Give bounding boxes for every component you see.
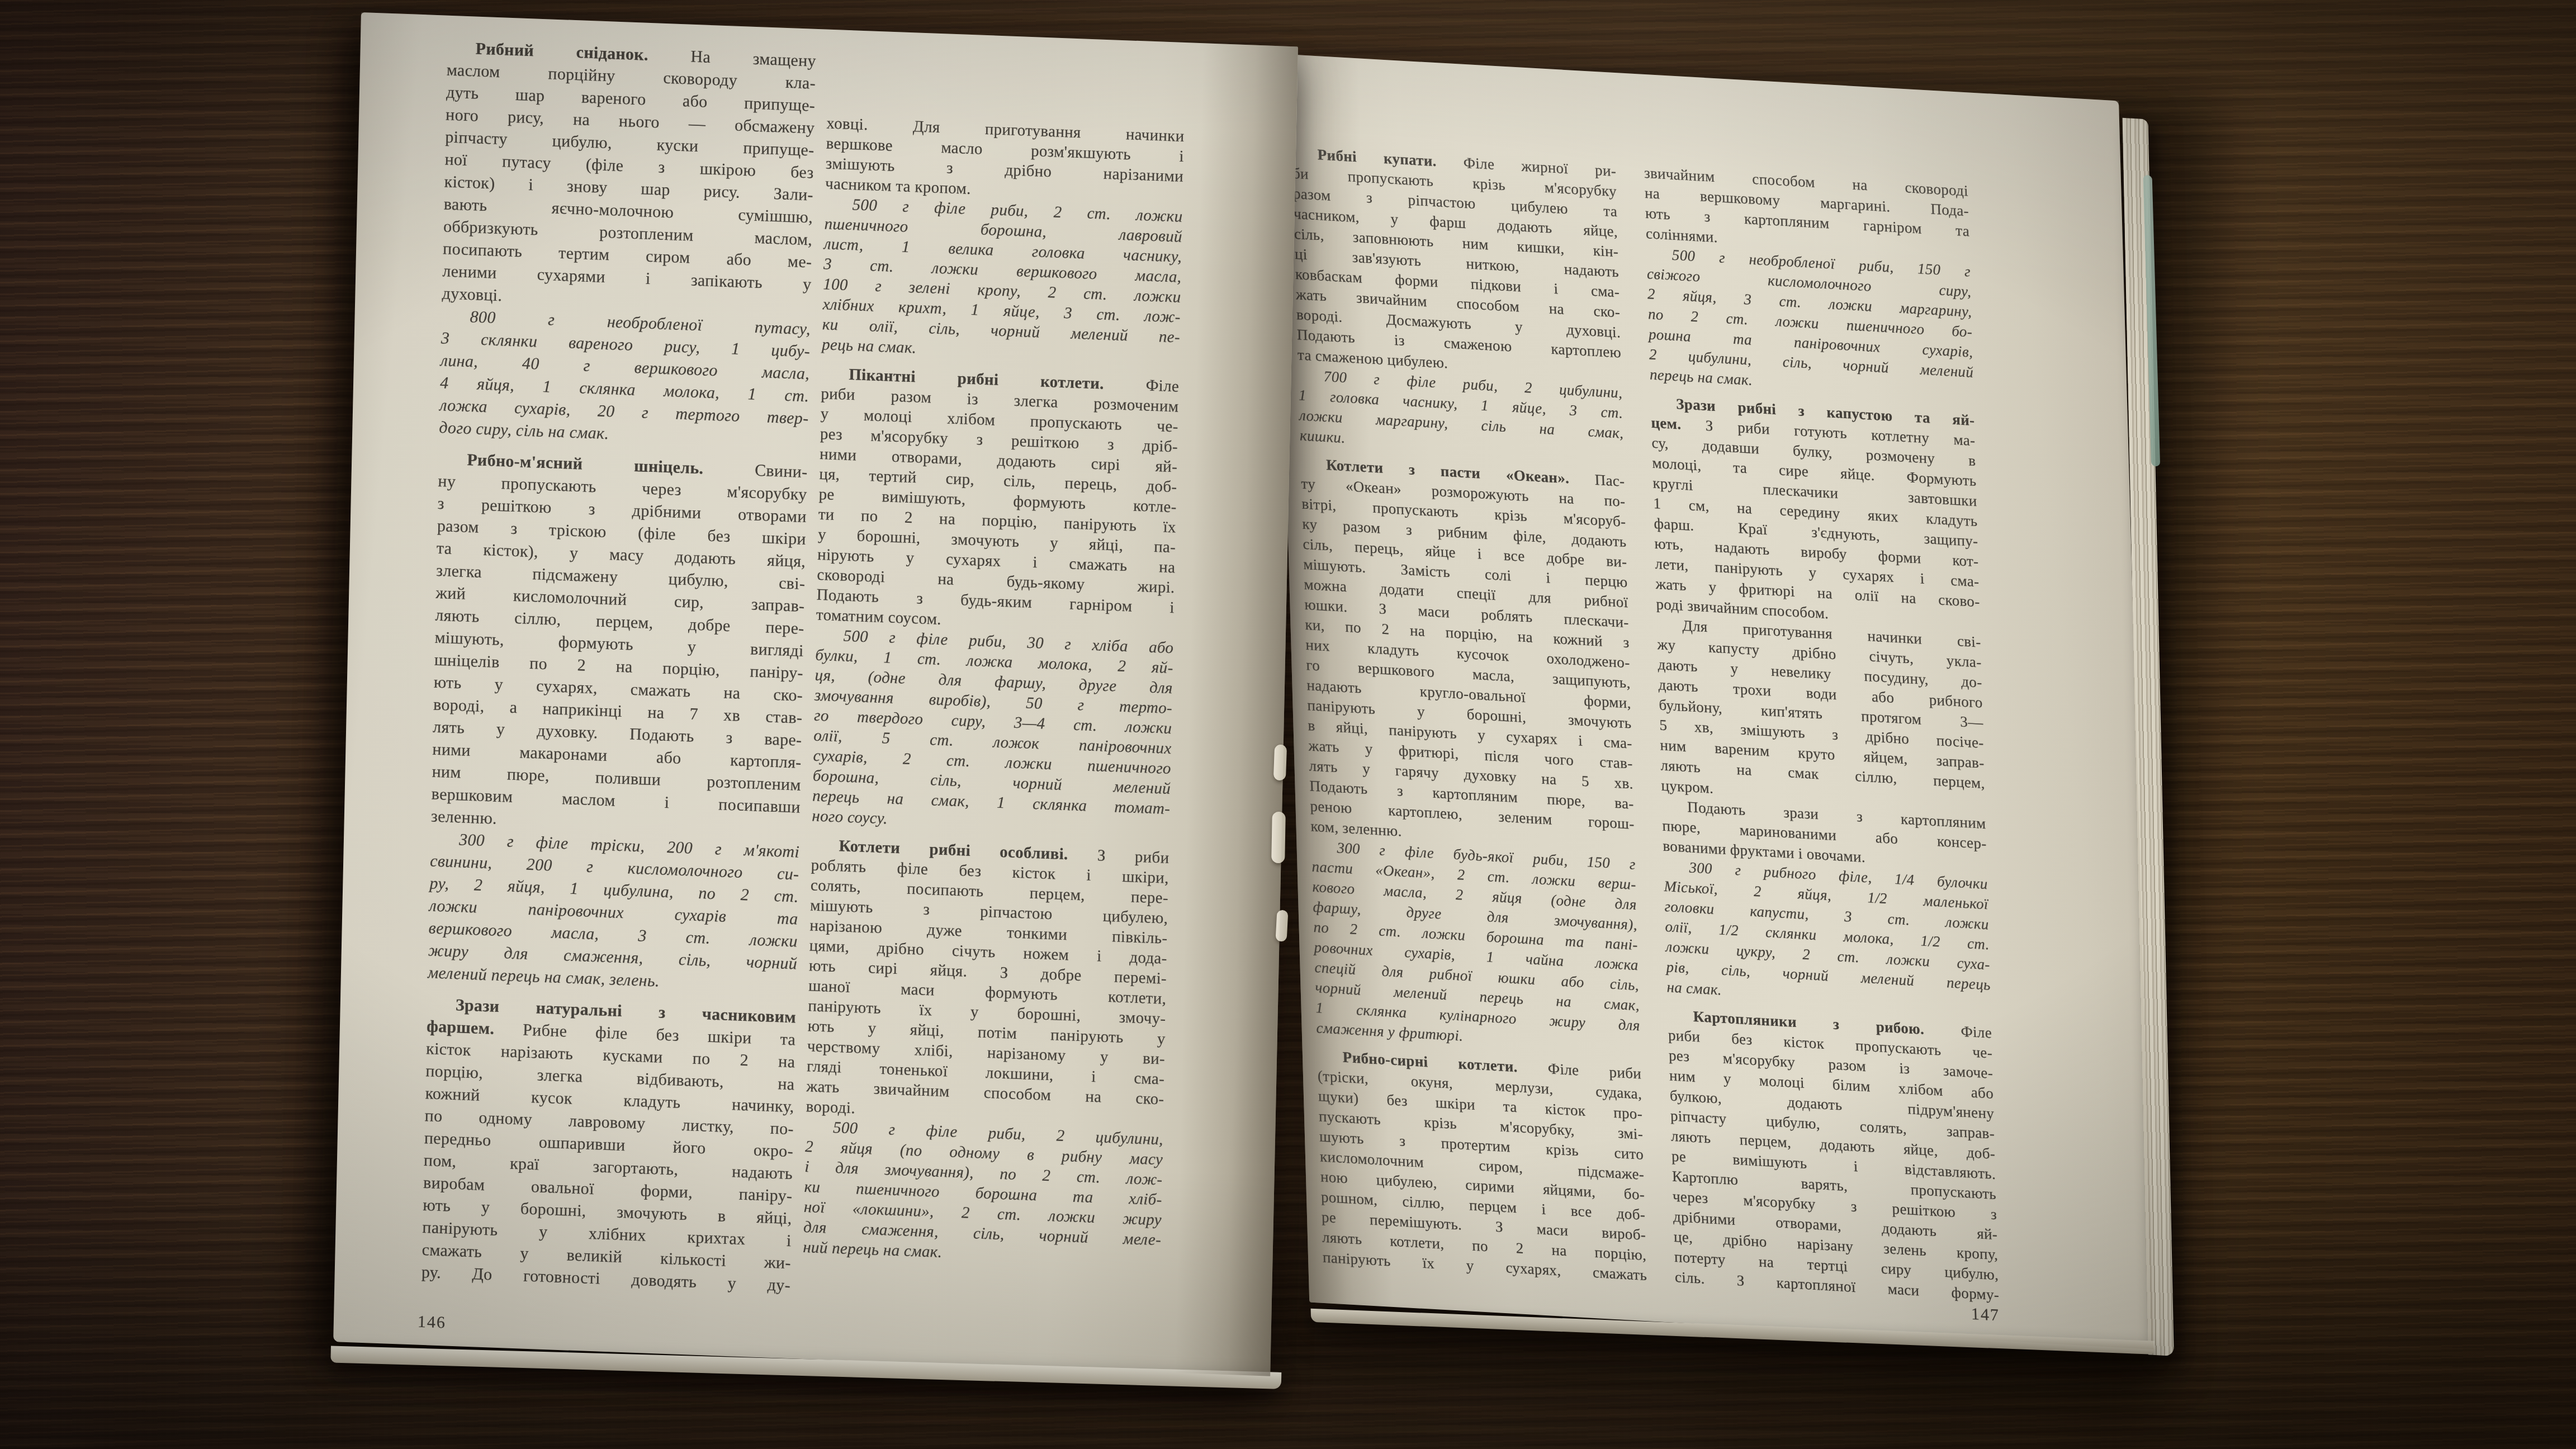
binding-thread [1276, 910, 1289, 942]
binding-thread [1271, 812, 1286, 863]
recipe-title: Рибний сніданок. [475, 40, 648, 64]
page-146-column-1: Рибний сніданок. На змащенумаслом порцій… [421, 37, 816, 1297]
page-147: Рибні купати. Філе жирної ри-би пропуска… [1275, 54, 2153, 1349]
page-146: Рибний сніданок. На змащенумаслом порцій… [333, 12, 1298, 1376]
page-146-column-2: ховці. Для приготування начинкивершкове … [803, 113, 1185, 1271]
page-147-column-2: звичайним способом на сковородіна вершко… [1644, 163, 1999, 1305]
page-number-146: 146 [418, 1313, 447, 1333]
recipe-title: цем. [1651, 414, 1682, 433]
photo-open-cookbook: Рибні купати. Філе жирної ри-би пропуска… [0, 0, 2576, 1449]
recipe-title: фаршем. [427, 1017, 495, 1038]
binding-thread [1273, 745, 1287, 781]
page-147-column-1: Рибні купати. Філе жирної ри-би пропуска… [1291, 143, 1647, 1286]
